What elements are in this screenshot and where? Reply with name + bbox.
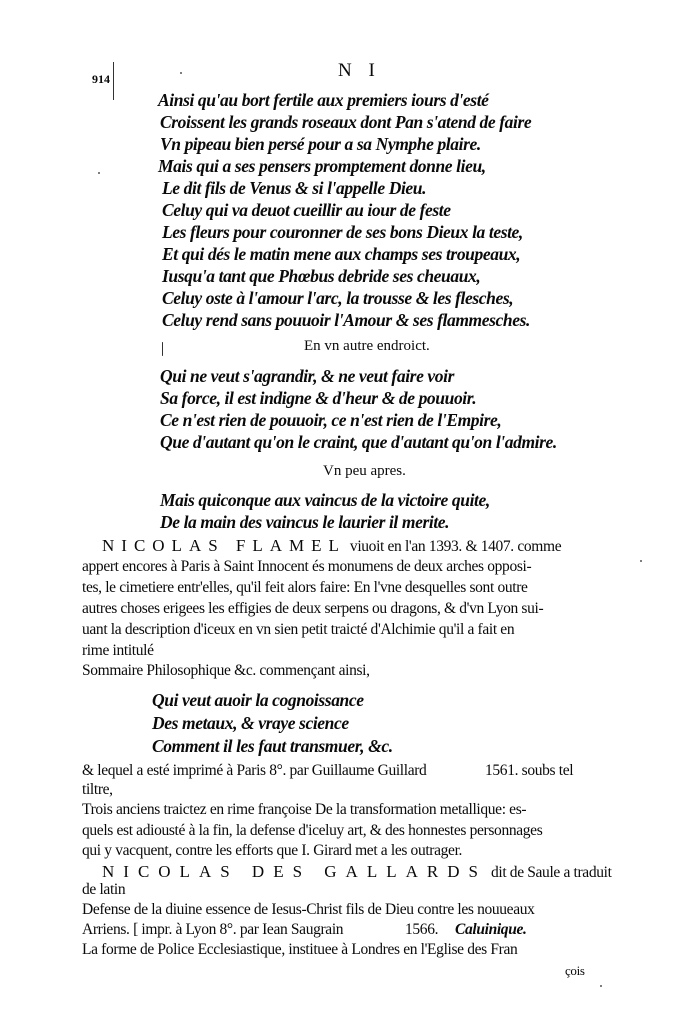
prose-line: Trois anciens traictez en rime françoise… xyxy=(82,801,526,819)
prose-line: viuoit en l'an 1393. & 1407. comme xyxy=(350,538,561,555)
page-number: 914 xyxy=(92,72,110,87)
verse-line: Les fleurs pour couronner de ses bons Di… xyxy=(162,222,523,243)
prose-line: 1561. soubs tel xyxy=(485,762,573,780)
verse-line: Mais qui a ses pensers promptement donne… xyxy=(158,156,486,177)
verse-line: De la main des vaincus le laurier il mer… xyxy=(160,512,449,533)
verse-line: Celuy qui va deuot cueillir au iour de f… xyxy=(162,200,451,221)
verse-line: Et qui dés le matin mene aux champs ses … xyxy=(162,244,520,265)
quote-line: Comment il les faut transmuer, &c. xyxy=(152,736,393,757)
catchword: çois xyxy=(565,963,585,979)
prose-line: tes, le cimetiere entr'elles, qu'il feit… xyxy=(82,579,528,597)
scan-speck xyxy=(98,172,100,174)
subheading: En vn autre endroict. xyxy=(304,338,430,355)
prose-line: qui y vacquent, contre les efforts que I… xyxy=(82,842,462,860)
quote-line: Qui veut auoir la cognoissance xyxy=(152,690,364,711)
prose-line: uant la description d'iceux en vn sien p… xyxy=(82,621,514,639)
prose-line: autres choses erigees les effigies de de… xyxy=(82,600,543,618)
prose-line: & lequel a esté imprimé à Paris 8°. par … xyxy=(82,762,426,780)
subheading: Vn peu apres. xyxy=(323,463,406,480)
quote-line: Des metaux, & vraye science xyxy=(152,713,349,734)
verse-line: Mais quiconque aux vaincus de la victoir… xyxy=(160,490,490,511)
verse-line: Qui ne veut s'agrandir, & ne veut faire … xyxy=(160,366,454,387)
scan-speck xyxy=(640,560,642,562)
verse-line: Sa force, il est indigne & d'heur & de p… xyxy=(160,388,476,409)
prose-line: Defense de la diuine essence de Iesus-Ch… xyxy=(82,901,535,919)
prose-line: Arriens. [ impr. à Lyon 8°. par Iean Sau… xyxy=(82,921,343,939)
scan-speck xyxy=(180,72,182,74)
prose-line: 1566. xyxy=(405,921,438,939)
verse-line: Ainsi qu'au bort fertile aux premiers io… xyxy=(158,90,489,111)
prose-line: rime intitulé xyxy=(82,642,154,660)
prose-line: dit de Saule a traduit xyxy=(491,864,612,881)
verse-line: Celuy oste à l'amour l'arc, la trousse &… xyxy=(162,288,513,309)
prose-line: appert encores à Paris à Saint Innocent … xyxy=(82,558,531,576)
scan-mark xyxy=(162,342,163,356)
prose-line: quels est adiousté à la fin, la defense … xyxy=(82,822,542,840)
prose-line: La forme de Police Ecclesiastique, insti… xyxy=(82,941,517,959)
entry-name: NICOLAS FLAMEL xyxy=(102,536,346,555)
verse-line: Vn pipeau bien persé pour a sa Nymphe pl… xyxy=(160,134,481,155)
verse-line: Iusqu'a tant que Phœbus debride ses cheu… xyxy=(162,266,480,287)
running-header: N I xyxy=(338,60,381,82)
prose-line: Caluinique. xyxy=(455,921,527,939)
verse-line: Celuy rend sans pouuoir l'Amour & ses fl… xyxy=(162,310,530,331)
verse-line: Ce n'est rien de pouuoir, ce n'est rien … xyxy=(160,410,501,431)
margin-rule xyxy=(113,62,114,100)
verse-line: Croissent les grands roseaux dont Pan s'… xyxy=(160,112,531,133)
scan-speck xyxy=(600,985,602,987)
prose-line: Sommaire Philosophique &c. commençant ai… xyxy=(82,662,370,680)
entry-name: NICOLAS DES GALLARDS xyxy=(102,862,487,881)
verse-line: Le dit fils de Venus & si l'appelle Dieu… xyxy=(162,178,426,199)
prose-line: de latin xyxy=(82,881,125,899)
verse-line: Que d'autant qu'on le craint, que d'auta… xyxy=(160,432,557,453)
prose-line: tiltre, xyxy=(82,781,113,799)
